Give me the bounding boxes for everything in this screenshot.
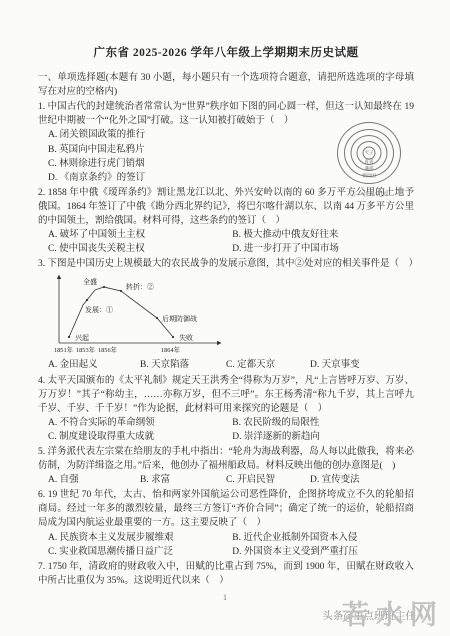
option-a: A. 自强 xyxy=(38,473,130,487)
question-6-stem: 6. 19 世纪 70 年代，太古、怡和两家外国航运公司恶性降价，企图挤垮成立不… xyxy=(38,488,414,530)
exam-title: 广东省 2025-2026 学年八年级上学期期末历史试题 xyxy=(38,46,414,60)
option-d: D. 崇洋逐新的新趋向 xyxy=(222,430,414,444)
option-b: B. 天京陷落 xyxy=(130,358,216,372)
option-a: A. 破坏了中国领土主权 xyxy=(38,228,222,242)
page-content: 广东省 2025-2026 学年八年级上学期期末历史试题 一、单项选择题(本题有… xyxy=(38,46,414,588)
watermark-big-text: 若水网 xyxy=(342,593,444,632)
question-1-options-row: A. 闭关锁国政策的推行 B. 英国向中国走私鸦片 C. 林则徐进行虎门销烟 D… xyxy=(38,128,414,184)
question-2-options: A. 破坏了中国领土主权 B. 极大推动中俄友好往来 C. 使中国丧失关税主权 … xyxy=(38,228,414,256)
option-a: A. 金田起义 xyxy=(38,358,130,372)
section-heading: 一、单项选择题(本题有 30 小题，每小题只有一个选项符合题意，请把所选选项的字… xyxy=(38,71,414,99)
question-6-options: A. 民族资本主义发展步履维艰 B. 近代企业抵制外国资本入侵 C. 实业救国思… xyxy=(38,531,414,559)
question-5-stem: 5. 洋务派代表左宗棠在给朋友的手札中指出：“轮舟为海战利器，岛人每以此傲我，将… xyxy=(38,445,414,473)
svg-text:失败: 失败 xyxy=(179,333,193,342)
taiping-movement-chart-svg: 兴起发展：①全盛转折：②后期防御战失败1851年1853年1856年1864年 xyxy=(51,273,229,358)
question-5: 5. 洋务派代表左宗棠在给朋友的手札中指出：“轮舟为海战利器，岛人每以此傲我，将… xyxy=(38,445,414,487)
question-4-stem: 4. 太平天国颁布的《太平礼制》规定天王洪秀全“得称为万岁”，凡“上言皆呼万岁、… xyxy=(38,374,414,416)
svg-text:1864年: 1864年 xyxy=(161,345,181,354)
exam-paper-page: 广东省 2025-2026 学年八年级上学期期末历史试题 一、单项选择题(本题有… xyxy=(0,0,450,636)
question-5-options: A. 自强 B. 求富 C. 开启民智 D. 宣传变法 xyxy=(38,473,414,487)
question-4: 4. 太平天国颁布的《太平礼制》规定天王洪秀全“得称为万岁”，凡“上言皆呼万岁、… xyxy=(38,374,414,444)
svg-text:后期防御战: 后期防御战 xyxy=(162,314,197,323)
option-c: C. 定都天京 xyxy=(216,358,300,372)
option-b: B. 极大推动中俄友好往来 xyxy=(222,228,414,242)
option-a: A. 民族资本主义发展步履维艰 xyxy=(38,531,222,545)
diagram-ring-label-3: 朝贡国 xyxy=(362,173,376,178)
option-c: C. 林则徐进行虎门销烟 xyxy=(38,157,318,171)
question-4-options: A. 不符合实际的革命纲领 B. 农民阶级的局限性 C. 制度建设取得重大成就 … xyxy=(38,416,414,444)
option-d: D. 外国资本主义受到严重打压 xyxy=(222,545,414,559)
option-b: B. 求富 xyxy=(130,473,216,487)
svg-text:1853年: 1853年 xyxy=(76,345,96,354)
taiping-movement-chart: 兴起发展：①全盛转折：②后期防御战失败1851年1853年1856年1864年 xyxy=(51,273,414,358)
svg-text:兴起: 兴起 xyxy=(75,333,89,342)
question-1-options: A. 闭关锁国政策的推行 B. 英国向中国走私鸦片 C. 林则徐进行虎门销烟 D… xyxy=(38,128,318,184)
svg-text:1856年: 1856年 xyxy=(98,345,118,354)
option-b: B. 农民阶级的局限性 xyxy=(222,416,414,430)
option-a: A. 不符合实际的革命纲领 xyxy=(38,416,222,430)
option-d: D. 《南京条约》的签订 xyxy=(38,171,318,185)
question-1: 1. 中国古代的封建统治者常常认为“世界”秩序如下图的同心圆一样，但这一认知最终… xyxy=(38,100,414,185)
diagram-ring-label-2: 藩部 xyxy=(365,166,374,171)
option-d: D. 宣传变法 xyxy=(300,473,414,487)
option-c: C. 制度建设取得重大成就 xyxy=(38,430,222,444)
option-c: C. 实业救国思潮传播日益广泛 xyxy=(38,545,222,559)
svg-text:转折：②: 转折：② xyxy=(126,282,154,291)
world-order-concentric-diagram: 天子 直省 藩部 朝贡国 〇—“世界”范围 xyxy=(326,122,412,200)
option-b: B. 英国向中国走私鸦片 xyxy=(38,143,318,157)
option-a: A. 闭关锁国政策的推行 xyxy=(38,128,318,142)
question-3-options: A. 金田起义 B. 天京陷落 C. 定都天京 D. 天京事变 xyxy=(38,358,414,372)
question-7-stem: 7. 1750 年，清政府的财政收入中，田赋的比重占到 75%，而到 1900 … xyxy=(38,560,414,588)
question-3: 3. 下图是中国历史上规模最大的农民战争的发展示意图，其中②处对应的相关事件是（… xyxy=(38,257,414,372)
diagram-ring-label-1: 直省 xyxy=(365,159,374,164)
question-6: 6. 19 世纪 70 年代，太古、怡和两家外国航运公司恶性降价，企图挤垮成立不… xyxy=(38,488,414,558)
svg-text:1851年: 1851年 xyxy=(54,345,74,354)
question-7: 7. 1750 年，清政府的财政收入中，田赋的比重占到 75%，而到 1900 … xyxy=(38,560,414,588)
option-b: B. 近代企业抵制外国资本入侵 xyxy=(222,531,414,545)
question-3-stem: 3. 下图是中国历史上规模最大的农民战争的发展示意图，其中②处对应的相关事件是（… xyxy=(38,257,414,271)
option-c: C. 使中国丧失关税主权 xyxy=(38,242,222,256)
svg-text:发展：①: 发展：① xyxy=(85,305,113,314)
option-c: C. 开启民智 xyxy=(216,473,300,487)
diagram-caption: 〇—“世界”范围 xyxy=(350,188,388,202)
svg-text:全盛: 全盛 xyxy=(83,277,97,286)
option-d: D. 天京事变 xyxy=(300,358,414,372)
option-d: D. 进一步打开了中国市场 xyxy=(222,242,414,256)
diagram-center-label: 天子 xyxy=(365,150,374,155)
